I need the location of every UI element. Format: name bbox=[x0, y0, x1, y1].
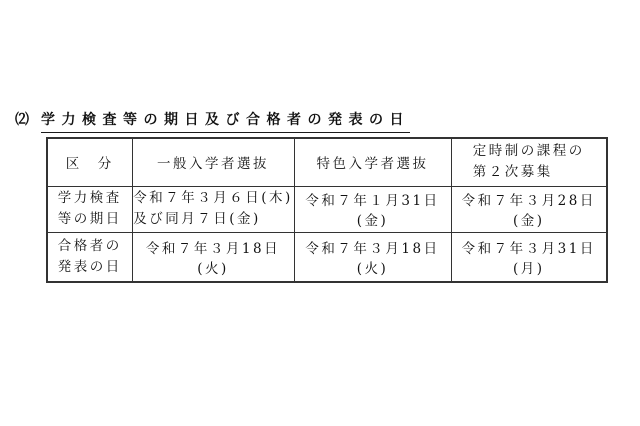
cell-exam-date-general-line2: 及び同月７日(金) bbox=[133, 209, 293, 230]
column-header-general: 一般入学者選抜 bbox=[132, 138, 294, 186]
cell-exam-date-general: 令和７年３月６日(木) 及び同月７日(金) bbox=[132, 186, 294, 232]
cell-exam-date-parttime: 令和７年３月28日(金) bbox=[451, 186, 607, 232]
section-number: ⑵ bbox=[15, 111, 29, 130]
cell-result-date-general: 令和７年３月18日(火) bbox=[132, 232, 294, 282]
cell-result-date-parttime: 令和７年３月31日(月) bbox=[451, 232, 607, 282]
row-label-exam-date-line2: 等の期日 bbox=[58, 209, 122, 230]
row-label-result-date-line2: 発表の日 bbox=[58, 257, 122, 278]
column-header-special: 特色入学者選抜 bbox=[294, 138, 451, 186]
exam-schedule-table: 区 分 一般入学者選抜 特色入学者選抜 定時制の課程の 第２次募集 学力検査 等… bbox=[46, 137, 608, 283]
section-title: 学力検査等の期日及び合格者の発表の日 bbox=[41, 111, 410, 133]
row-label-result-date-lines: 合格者の 発表の日 bbox=[58, 236, 122, 278]
section-heading: ⑵ 学力検査等の期日及び合格者の発表の日 bbox=[15, 111, 410, 133]
cell-result-date-special: 令和７年３月18日(火) bbox=[294, 232, 451, 282]
cell-exam-date-special: 令和７年１月31日(金) bbox=[294, 186, 451, 232]
row-label-result-date: 合格者の 発表の日 bbox=[47, 232, 132, 282]
table-row-exam-date: 学力検査 等の期日 令和７年３月６日(木) 及び同月７日(金) 令和７年１月31… bbox=[47, 186, 607, 232]
row-label-exam-date-line1: 学力検査 bbox=[58, 188, 122, 209]
cell-exam-date-general-lines: 令和７年３月６日(木) 及び同月７日(金) bbox=[133, 188, 293, 230]
document-page: ⑵ 学力検査等の期日及び合格者の発表の日 区 分 一般入学者選抜 特色入学者選抜… bbox=[0, 0, 640, 426]
column-header-category: 区 分 bbox=[47, 138, 132, 186]
column-header-parttime-lines: 定時制の課程の 第２次募集 bbox=[473, 141, 585, 183]
row-label-exam-date: 学力検査 等の期日 bbox=[47, 186, 132, 232]
row-label-result-date-line1: 合格者の bbox=[58, 236, 122, 257]
table-row-result-date: 合格者の 発表の日 令和７年３月18日(火) 令和７年３月18日(火) 令和７年… bbox=[47, 232, 607, 282]
row-label-exam-date-lines: 学力検査 等の期日 bbox=[58, 188, 122, 230]
table-header-row: 区 分 一般入学者選抜 特色入学者選抜 定時制の課程の 第２次募集 bbox=[47, 138, 607, 186]
cell-exam-date-general-line1: 令和７年３月６日(木) bbox=[133, 188, 293, 209]
column-header-parttime-line2: 第２次募集 bbox=[473, 162, 585, 183]
column-header-parttime: 定時制の課程の 第２次募集 bbox=[451, 138, 607, 186]
column-header-parttime-line1: 定時制の課程の bbox=[473, 141, 585, 162]
